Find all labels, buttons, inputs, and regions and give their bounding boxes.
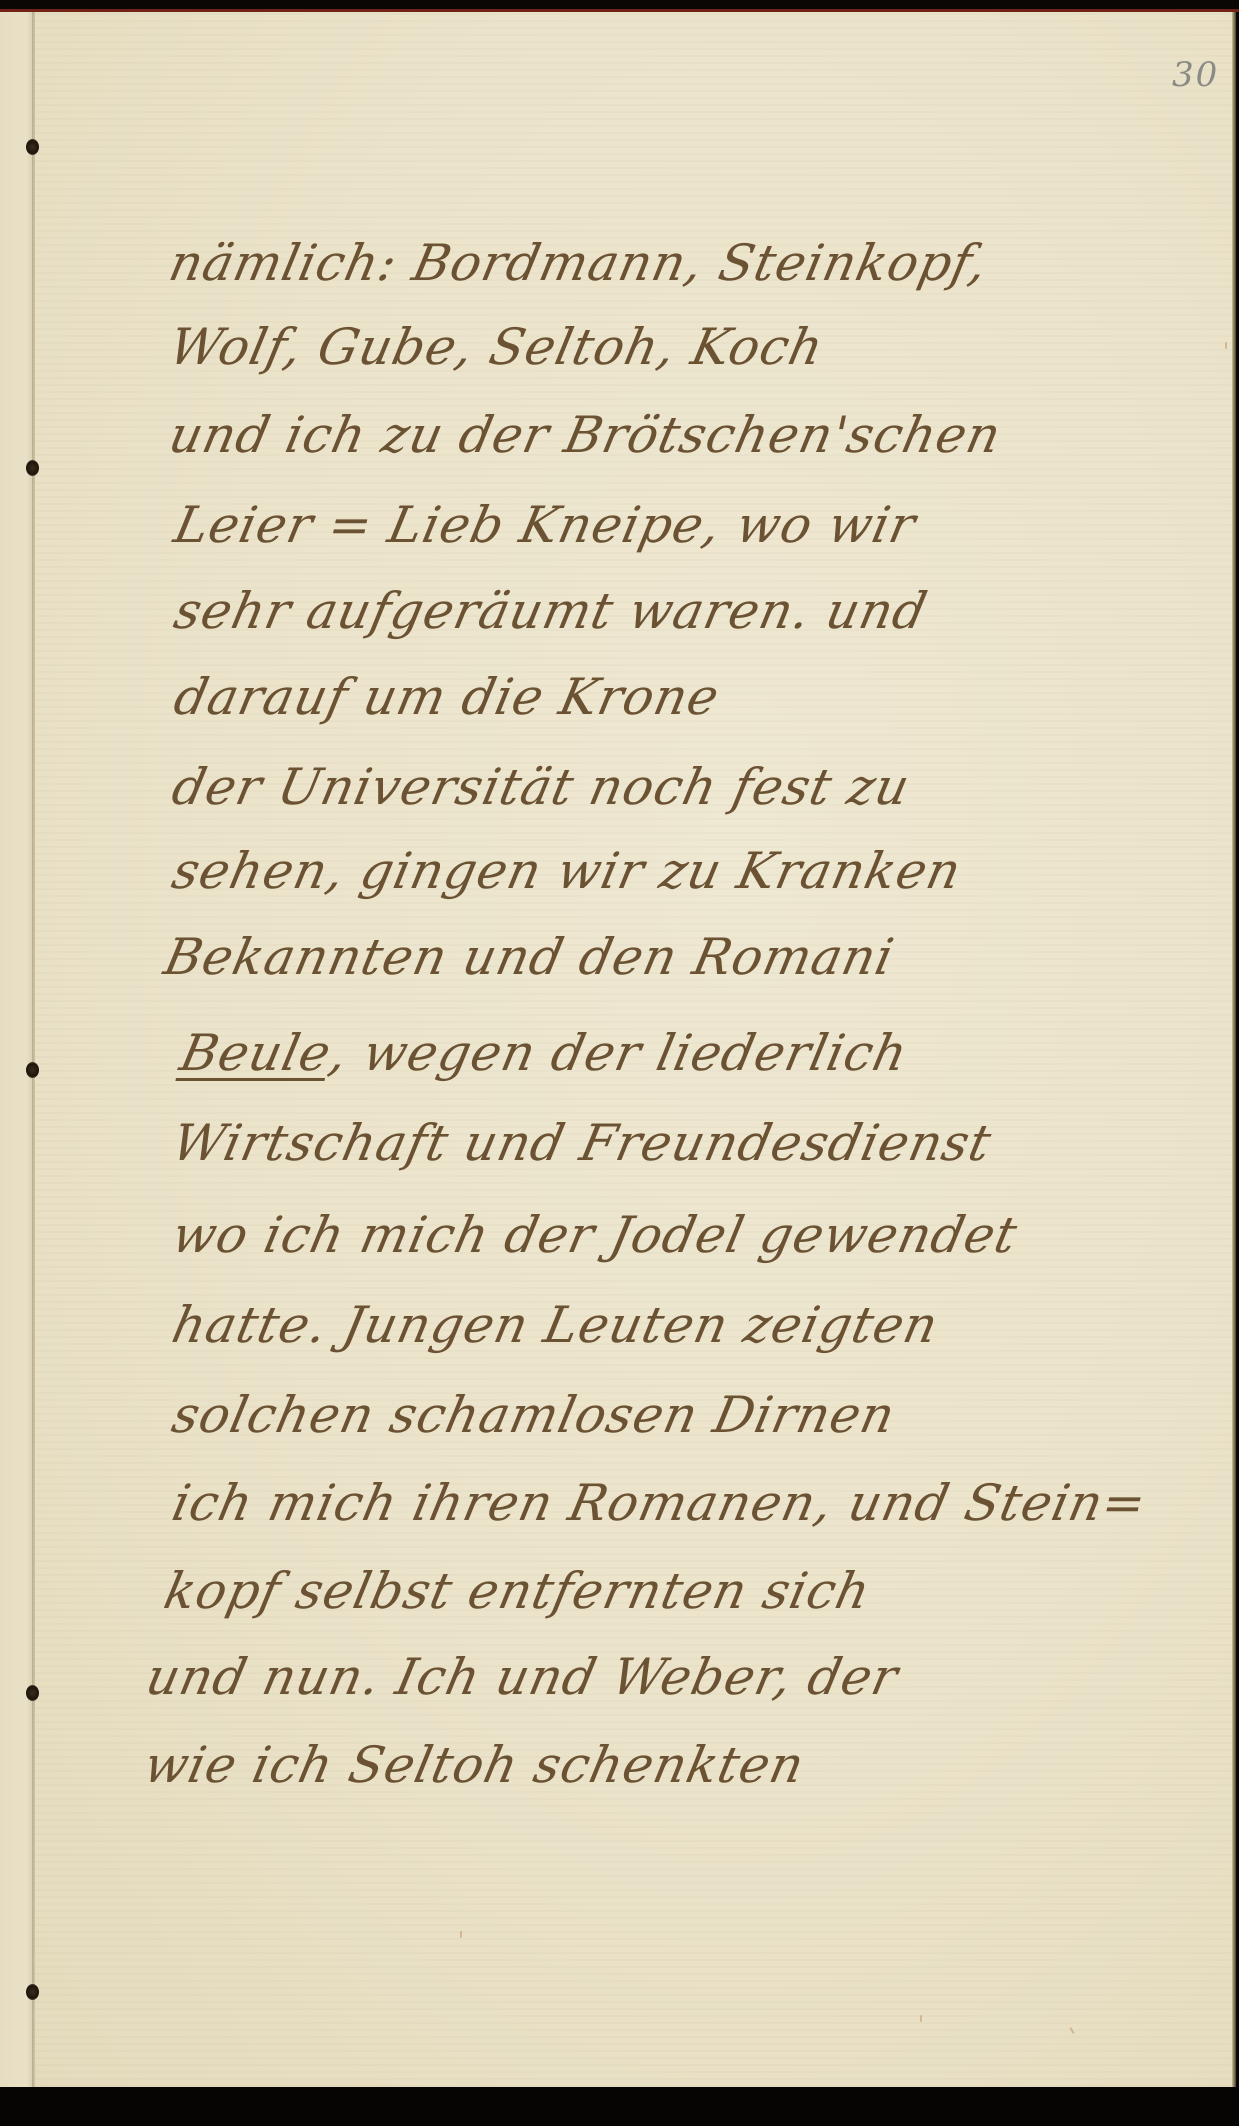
manuscript-line-18: wie ich Seltoh schenkten <box>140 1740 809 1790</box>
manuscript-line-7: der Universität noch fest zu <box>168 762 914 812</box>
handwritten-text-block: nämlich: Bordmann, Steinkopf, Wolf, Gube… <box>0 0 1239 2126</box>
manuscript-line-1: nämlich: Bordmann, Steinkopf, <box>165 238 992 288</box>
manuscript-line-11: Wirtschaft und Freundesdienst <box>168 1118 996 1168</box>
manuscript-line-4: Leier = Lieb Kneipe, wo wir <box>170 500 920 550</box>
manuscript-scan: 30 nämlich: Bordmann, Steinkopf, Wolf, G… <box>0 0 1239 2126</box>
manuscript-line-9: Bekannten und den Romani <box>160 932 898 982</box>
manuscript-line-14: solchen schamlosen Dirnen <box>168 1390 900 1440</box>
manuscript-line-10: Beule, wegen der liederlich <box>176 1028 912 1078</box>
manuscript-line-3: und ich zu der Brötschen'schen <box>165 410 1006 460</box>
line-10-rest: , wegen der liederlich <box>324 1024 913 1082</box>
manuscript-line-16: kopf selbst entfernten sich <box>160 1566 875 1616</box>
manuscript-line-15: ich mich ihren Romanen, und Stein= <box>168 1478 1151 1528</box>
manuscript-line-5: sehr aufgeräumt waren. und <box>170 586 932 636</box>
manuscript-line-2: Wolf, Gube, Seltoh, Koch <box>165 322 828 372</box>
manuscript-line-12: wo ich mich der Jodel gewendet <box>168 1210 1022 1260</box>
manuscript-line-13: hatte. Jungen Leuten zeigten <box>168 1300 943 1350</box>
manuscript-line-8: sehen, gingen wir zu Kranken <box>168 846 966 896</box>
manuscript-line-6: darauf um die Krone <box>170 672 724 722</box>
manuscript-line-17: und nun. Ich und Weber, der <box>142 1652 903 1702</box>
underlined-word: Beule <box>175 1024 336 1082</box>
